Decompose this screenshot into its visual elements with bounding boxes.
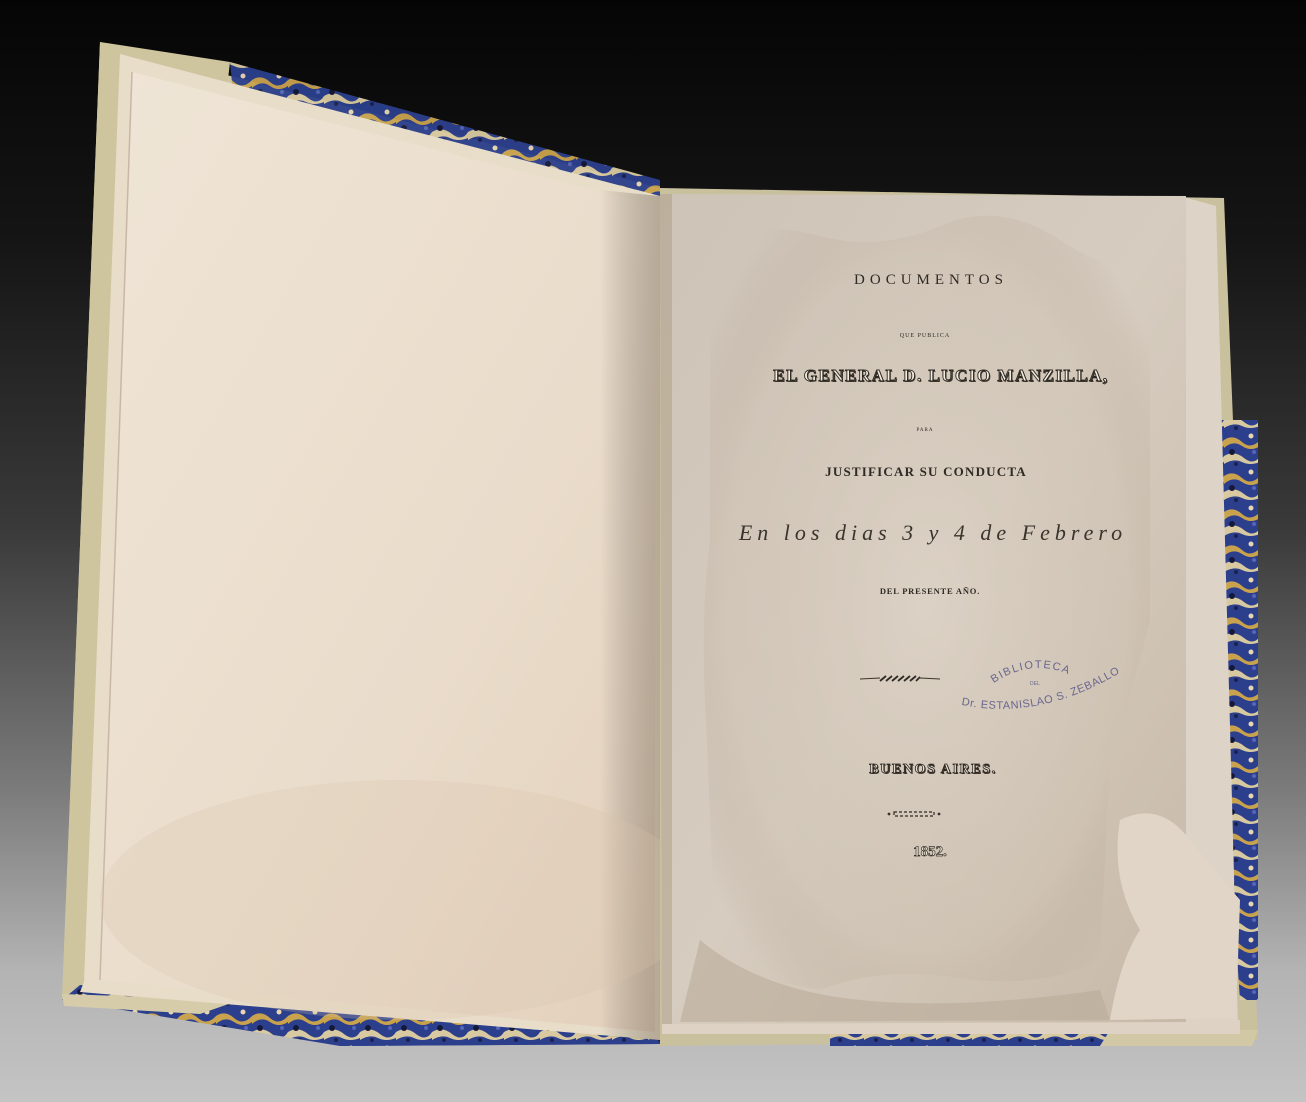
purpose-line: JUSTIFICAR SU CONDUCTA <box>660 464 1182 480</box>
dates-line: En los dias 3 y 4 de Febrero <box>660 520 1182 546</box>
place-line: BUENOS AIRES. <box>660 762 1182 778</box>
line-que-publica: QUE PUBLICA <box>660 333 1182 339</box>
stamp-line-2: DEL <box>1030 681 1040 687</box>
left-page <box>80 54 700 1040</box>
title-page: DOCUMENTOS QUE PUBLICA EL GENERAL D. LUC… <box>660 196 1182 1036</box>
year-line: 1852. <box>660 844 1182 861</box>
library-stamp: BIBLIOTECA DEL Dr. ESTANISLAO S. ZEBALLO… <box>952 652 1120 728</box>
title-documentos: DOCUMENTOS <box>660 272 1182 289</box>
line-para: PARA <box>660 428 1182 433</box>
year-phrase: DEL PRESENTE AÑO. <box>660 586 1182 596</box>
small-ornament-icon <box>886 810 942 818</box>
rope-ornament-icon <box>860 674 940 684</box>
author-line: EL GENERAL D. LUCIO MANZILLA, <box>660 366 1182 386</box>
